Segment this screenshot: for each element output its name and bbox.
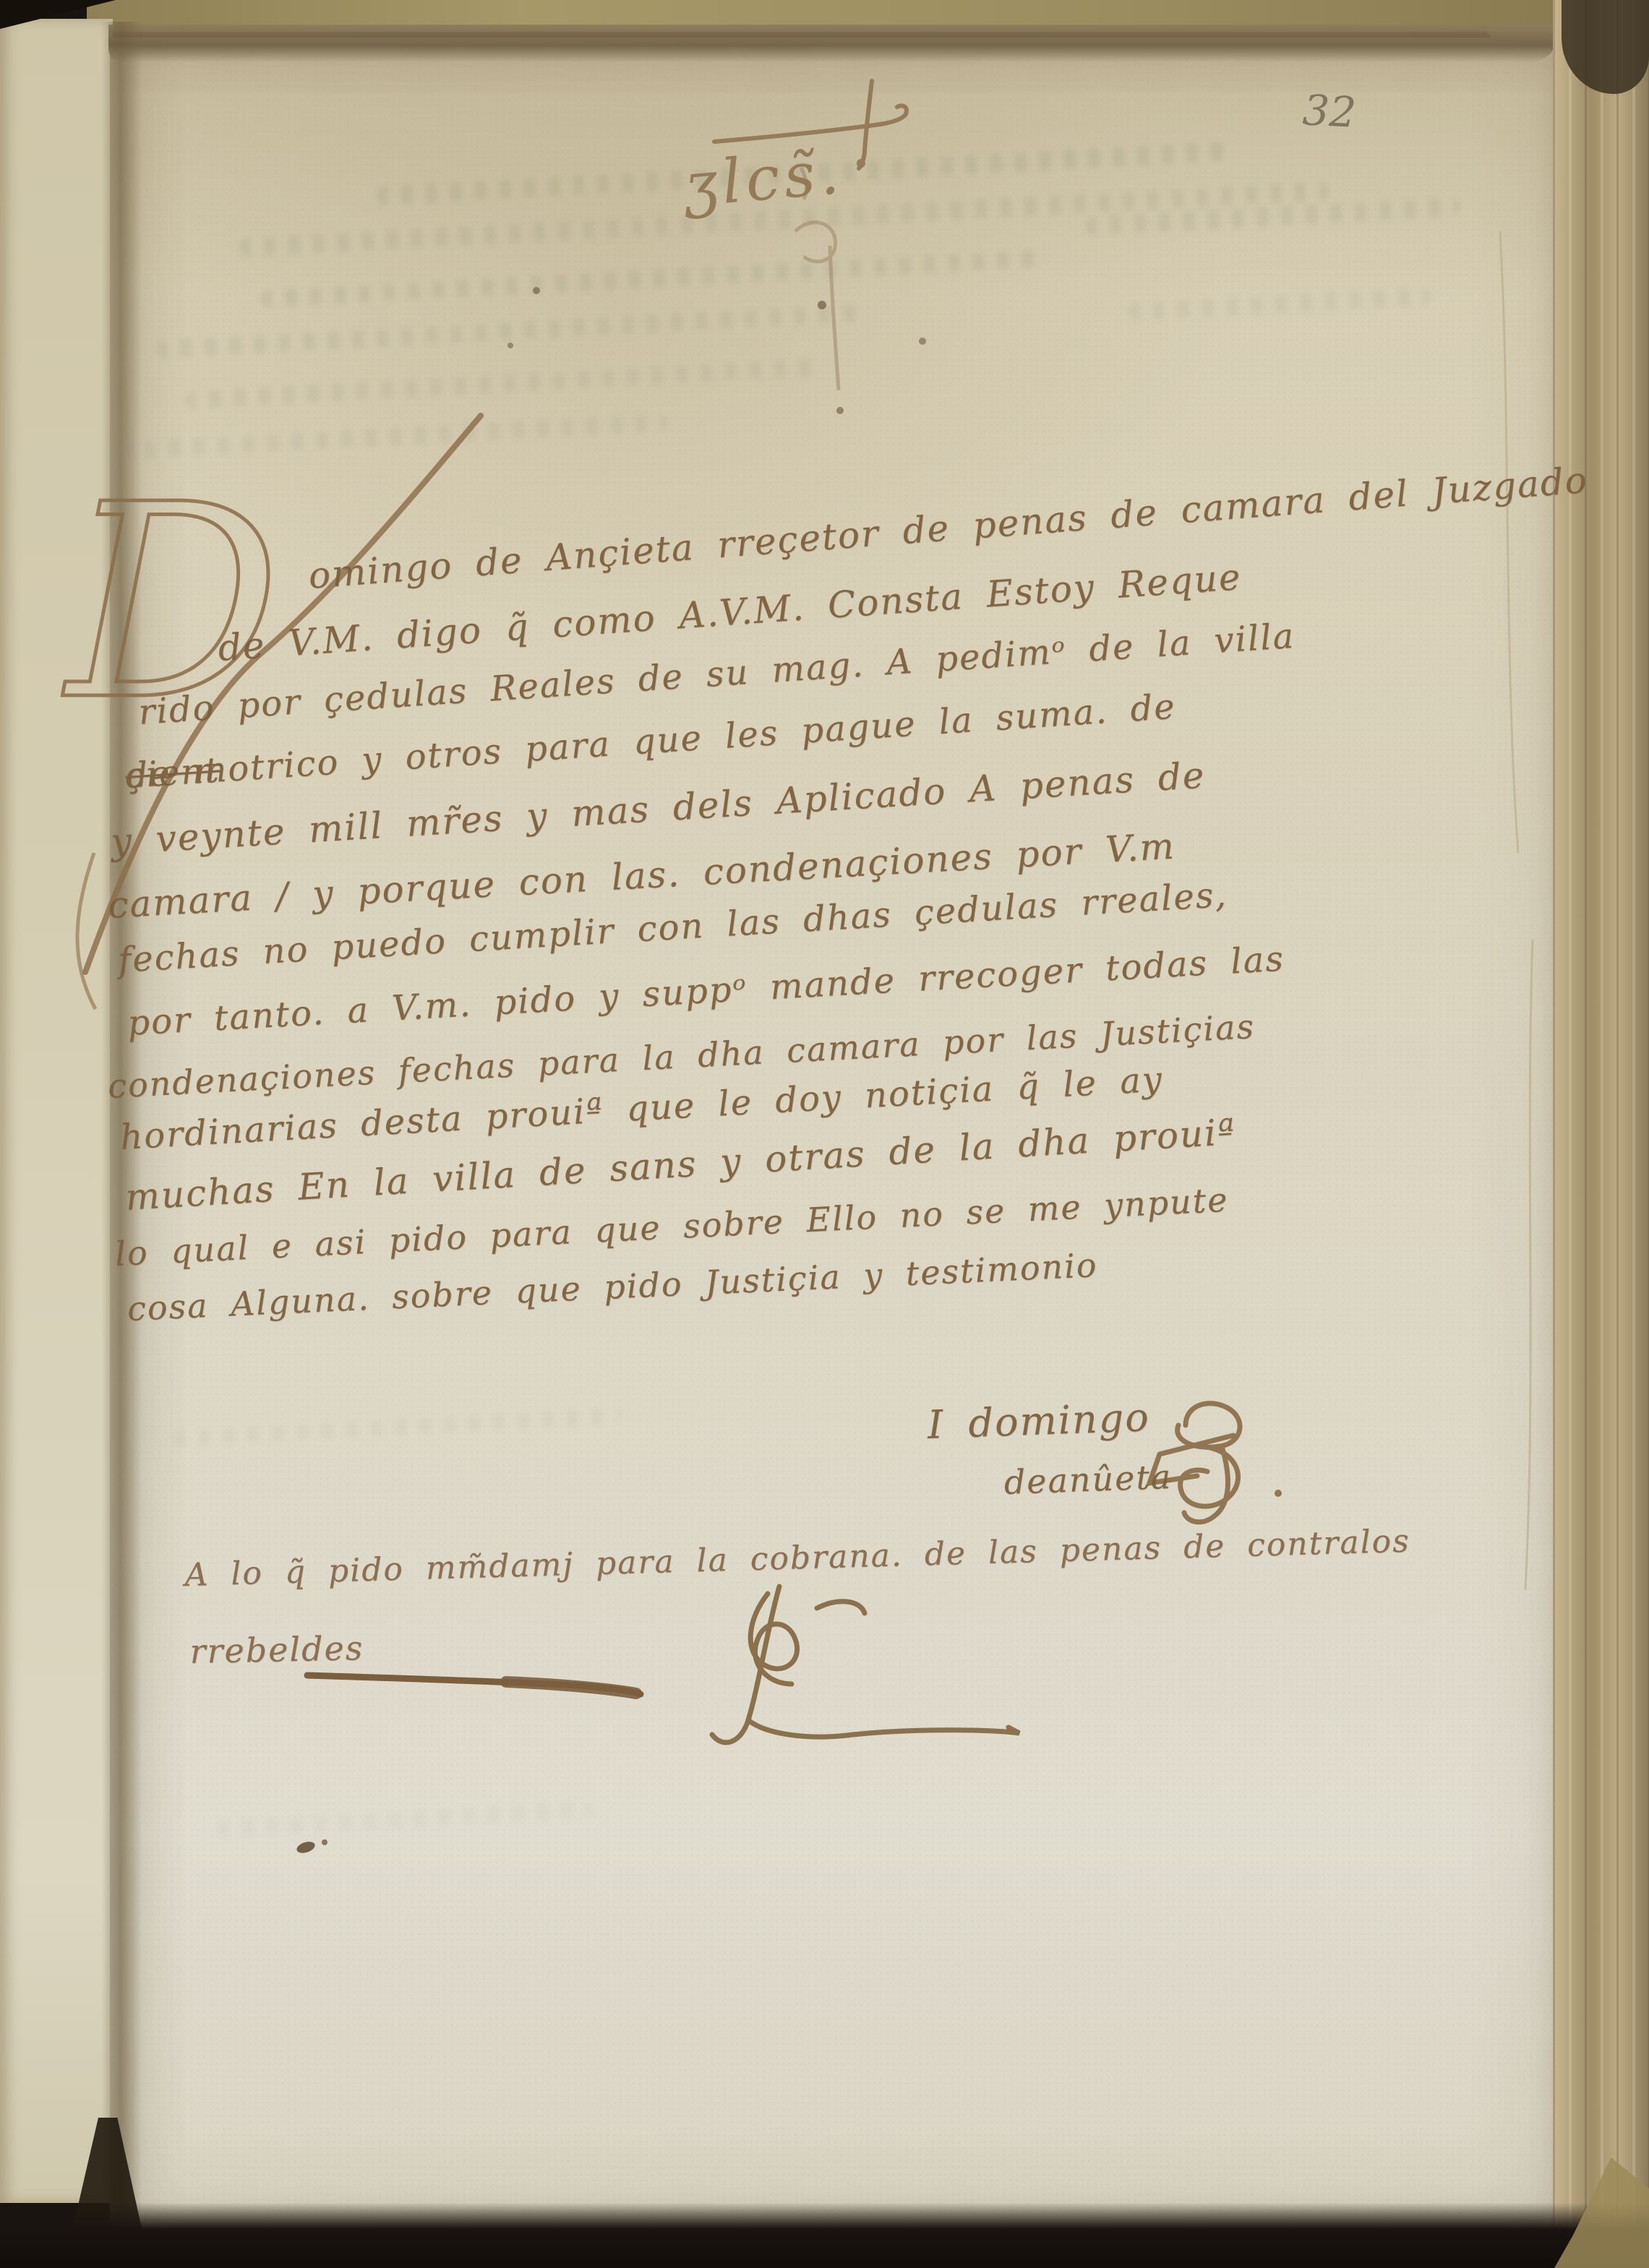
page-edges-texture bbox=[1553, 0, 1649, 2268]
struck-word: çient bbox=[124, 752, 221, 794]
left-page-edge bbox=[0, 19, 113, 2203]
note-text: rrebeldes bbox=[189, 1631, 364, 1668]
signature-text: I domingo bbox=[927, 1398, 1151, 1445]
manuscript-photo: D bbox=[0, 0, 1649, 2268]
page-top-deckle-edge bbox=[108, 25, 1554, 62]
header-abbreviation: ʒlcs̃. bbox=[680, 137, 846, 221]
signature-text: deanûeta bbox=[1003, 1460, 1173, 1499]
folio-number: 32 bbox=[1301, 85, 1357, 137]
background-shadow bbox=[0, 2203, 1649, 2268]
